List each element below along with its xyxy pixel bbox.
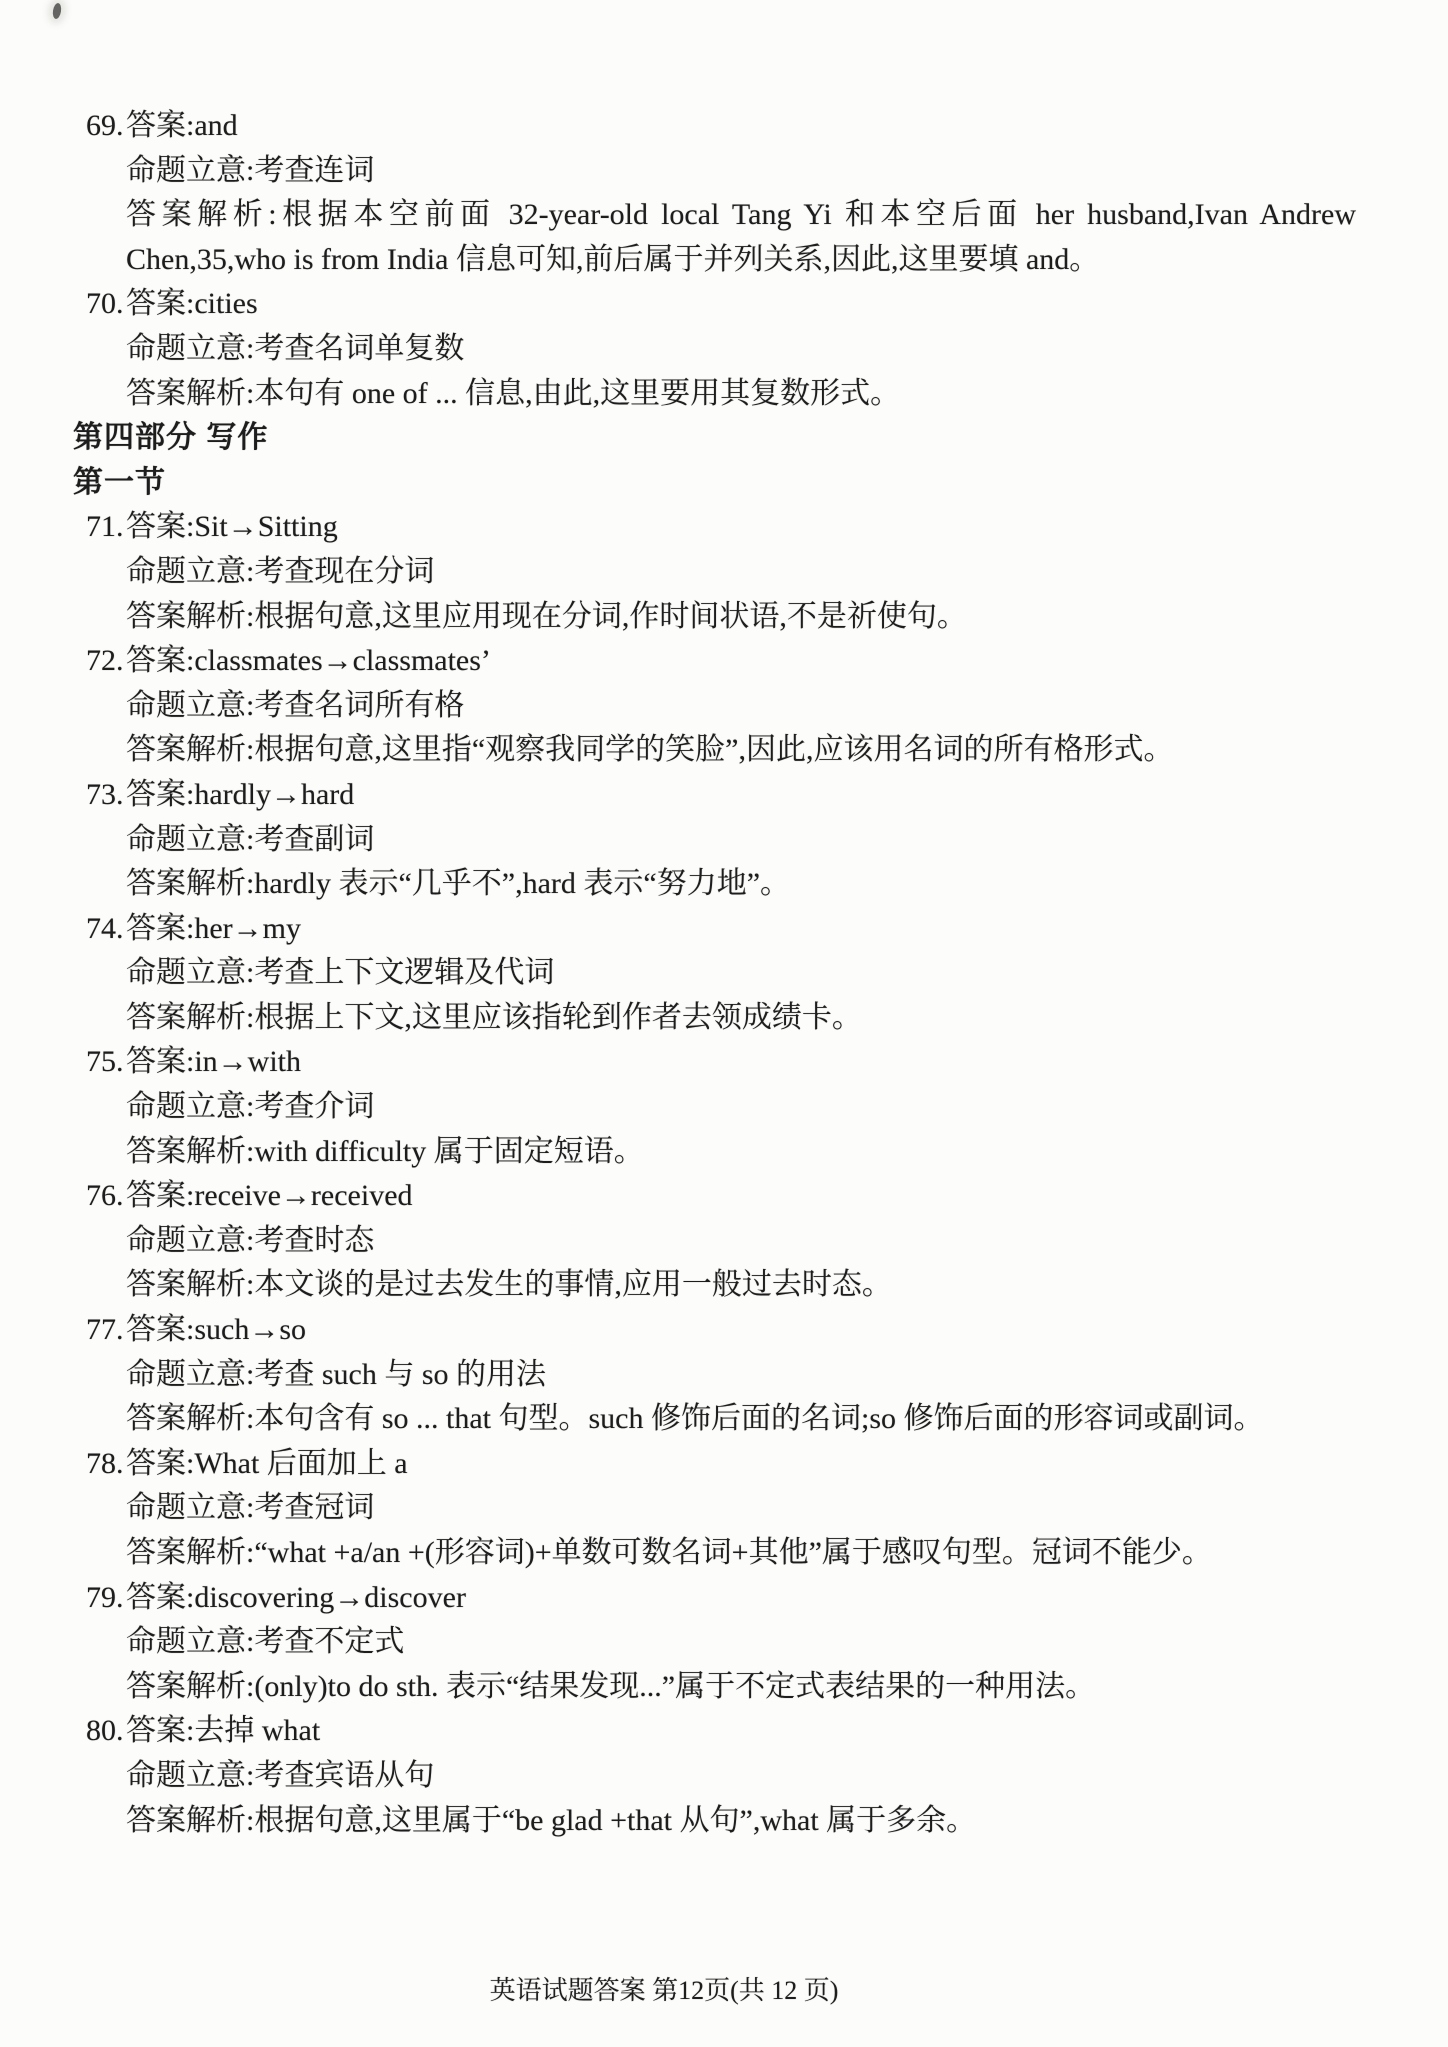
- answer-text: 答案:discovering→discover: [126, 1581, 466, 1614]
- detail-line: 命题立意:考查连词: [86, 149, 1356, 194]
- answer-key-content: 69.答案:and命题立意:考查连词答案解析:根据本空前面 32-year-ol…: [86, 104, 1356, 1843]
- answer-line-80: 80.答案:去掉 what: [86, 1709, 1356, 1754]
- detail-line: 答案解析:根据句意,这里应用现在分词,作时间状语,不是祈使句。: [86, 595, 1356, 640]
- answer-text: 答案:cities: [126, 287, 258, 320]
- detail-line: 命题立意:考查名词单复数: [86, 327, 1356, 372]
- detail-line: 答案解析:根据句意,这里指“观察我同学的笑脸”,因此,应该用名词的所有格形式。: [86, 728, 1356, 773]
- answer-text: 答案:in→with: [126, 1045, 301, 1078]
- detail-line: 命题立意:考查介词: [86, 1085, 1356, 1130]
- item-number: 79.: [86, 1576, 126, 1621]
- answer-text: 答案:and: [126, 109, 238, 142]
- answer-line-75: 75.答案:in→with: [86, 1040, 1356, 1085]
- detail-line: 答案解析:(only)to do sth. 表示“结果发现...”属于不定式表结…: [86, 1665, 1356, 1710]
- detail-line: 答案解析:根据句意,这里属于“be glad +that 从句”,what 属于…: [86, 1799, 1356, 1844]
- detail-line: 命题立意:考查时态: [86, 1219, 1356, 1264]
- detail-line: 答案解析:hardly 表示“几乎不”,hard 表示“努力地”。: [86, 862, 1356, 907]
- section-heading: 第一节: [73, 461, 1356, 506]
- answer-line-76: 76.答案:receive→received: [86, 1174, 1356, 1219]
- detail-line: 命题立意:考查上下文逻辑及代词: [86, 951, 1356, 996]
- detail-line: 命题立意:考查现在分词: [86, 550, 1356, 595]
- item-number: 78.: [86, 1442, 126, 1487]
- scanned-answer-sheet-page: 69.答案:and命题立意:考查连词答案解析:根据本空前面 32-year-ol…: [0, 0, 1448, 2047]
- item-number: 69.: [86, 104, 126, 149]
- answer-text: 答案:去掉 what: [126, 1714, 320, 1747]
- answer-line-73: 73.答案:hardly→hard: [86, 773, 1356, 818]
- answer-text: 答案:her→my: [126, 912, 301, 945]
- detail-line: 答案解析:根据上下文,这里应该指轮到作者去领成绩卡。: [86, 996, 1356, 1041]
- answer-line-79: 79.答案:discovering→discover: [86, 1576, 1356, 1621]
- item-number: 77.: [86, 1308, 126, 1353]
- answer-text: 答案:classmates→classmates’: [126, 644, 491, 677]
- detail-line: 答案解析:“what +a/an +(形容词)+单数可数名词+其他”属于感叹句型…: [86, 1531, 1356, 1576]
- detail-line: 命题立意:考查副词: [86, 818, 1356, 863]
- detail-line: 命题立意:考查 such 与 so 的用法: [86, 1353, 1356, 1398]
- answer-text: 答案:Sit→Sitting: [126, 510, 338, 543]
- answer-line-72: 72.答案:classmates→classmates’: [86, 639, 1356, 684]
- page-footer: 英语试题答案 第12页(共 12 页): [0, 1975, 1388, 2007]
- detail-line: 答案解析:本文谈的是过去发生的事情,应用一般过去时态。: [86, 1263, 1356, 1308]
- item-number: 76.: [86, 1174, 126, 1219]
- item-number: 72.: [86, 639, 126, 684]
- answer-text: 答案:receive→received: [126, 1179, 413, 1212]
- item-number: 74.: [86, 907, 126, 952]
- continuation-line: Chen,35,who is from India 信息可知,前后属于并列关系,…: [86, 238, 1356, 283]
- item-number: 73.: [86, 773, 126, 818]
- detail-line: 命题立意:考查不定式: [86, 1620, 1356, 1665]
- answer-text: 答案:hardly→hard: [126, 778, 354, 811]
- detail-line: 命题立意:考查冠词: [86, 1486, 1356, 1531]
- answer-line-78: 78.答案:What 后面加上 a: [86, 1442, 1356, 1487]
- item-number: 70.: [86, 282, 126, 327]
- item-number: 71.: [86, 505, 126, 550]
- answer-text: 答案:What 后面加上 a: [126, 1447, 408, 1480]
- detail-line: 答案解析:根据本空前面 32-year-old local Tang Yi 和本…: [86, 193, 1356, 238]
- item-number: 80.: [86, 1709, 126, 1754]
- section-heading: 第四部分 写作: [73, 416, 1356, 461]
- answer-line-70: 70.答案:cities: [86, 282, 1356, 327]
- answer-text: 答案:such→so: [126, 1313, 306, 1346]
- answer-line-74: 74.答案:her→my: [86, 907, 1356, 952]
- detail-line: 命题立意:考查名词所有格: [86, 684, 1356, 729]
- answer-line-71: 71.答案:Sit→Sitting: [86, 505, 1356, 550]
- ink-smudge-artifact: [52, 2, 62, 19]
- detail-line: 答案解析:本句含有 so ... that 句型。such 修饰后面的名词;so…: [86, 1397, 1356, 1442]
- item-number: 75.: [86, 1040, 126, 1085]
- answer-line-77: 77.答案:such→so: [86, 1308, 1356, 1353]
- detail-line: 答案解析:本句有 one of ... 信息,由此,这里要用其复数形式。: [86, 372, 1356, 417]
- detail-line: 命题立意:考查宾语从句: [86, 1754, 1356, 1799]
- detail-line: 答案解析:with difficulty 属于固定短语。: [86, 1130, 1356, 1175]
- answer-line-69: 69.答案:and: [86, 104, 1356, 149]
